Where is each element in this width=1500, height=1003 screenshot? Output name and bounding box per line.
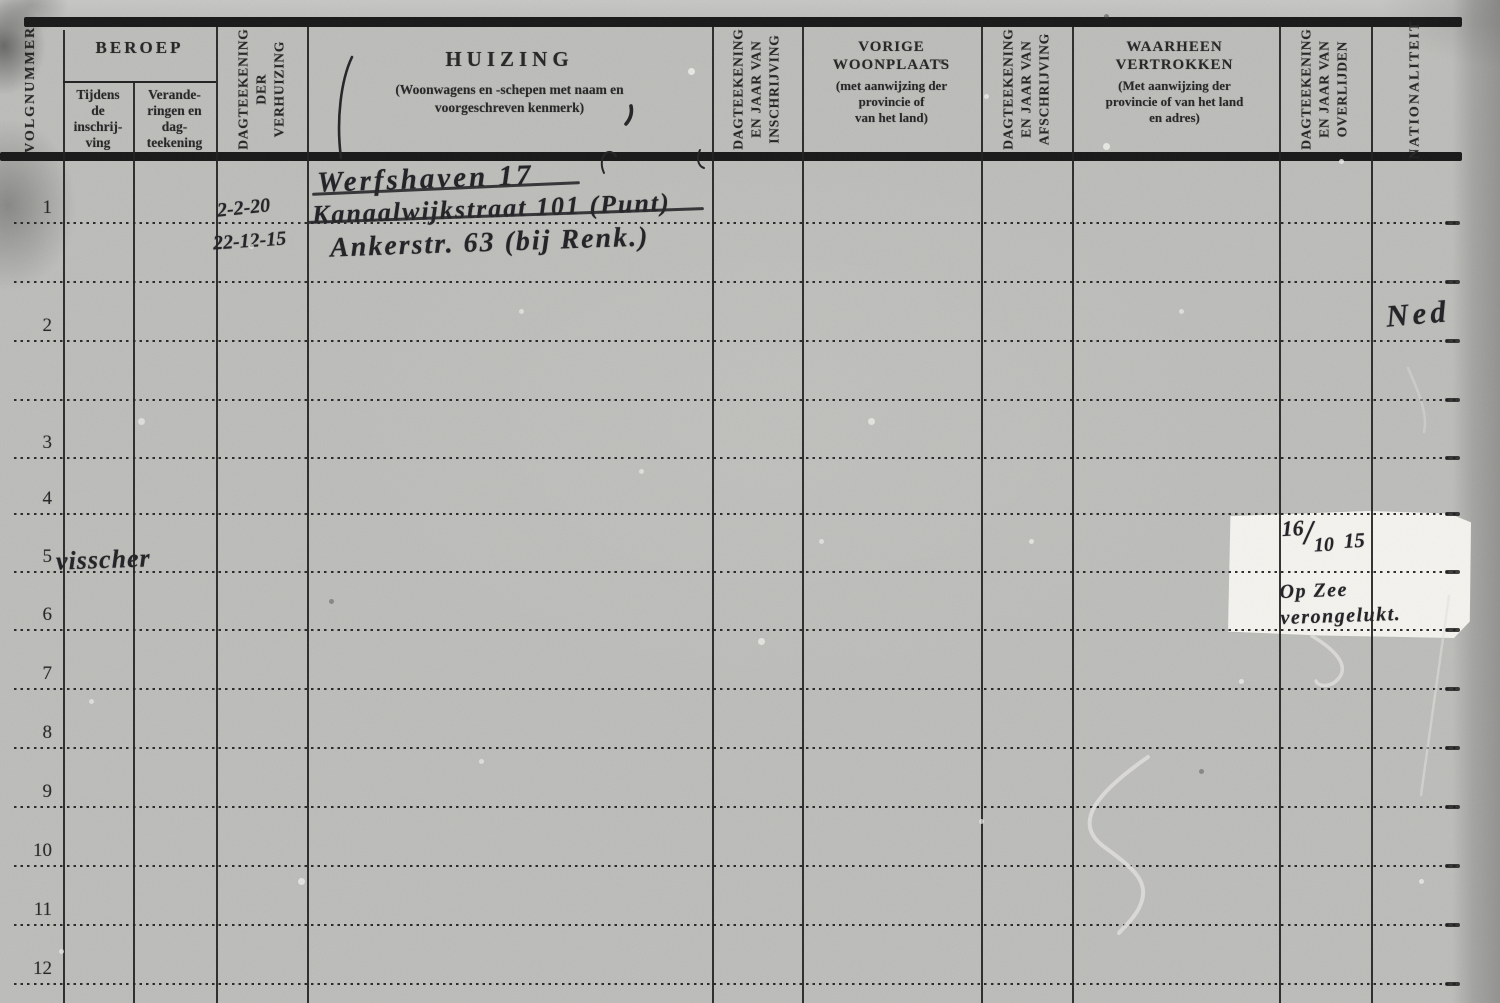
dagteekening-afschrijving-label: DAGTEEKENING EN JAAR VAN AFSCHRIJVING <box>999 29 1053 150</box>
column-header-waarheen-vertrokken: WAARHEEN VERTROKKEN <box>1072 38 1277 74</box>
nationaliteit-label: NATIONALITEIT <box>1406 20 1425 159</box>
overlijden-remark: Op Zee verongelukt. <box>1279 575 1402 631</box>
register-scan-page: VOLGNUMMER BEROEP Tijdens de inschrij- v… <box>0 0 1500 1003</box>
beroep-sub-header-tijdens: Tijdens de inschrij- ving <box>63 87 133 151</box>
dagteekening-inschrijving-label: DAGTEEKENING EN JAAR VAN INSCHRIJVING <box>730 29 784 150</box>
row-line <box>14 688 1458 690</box>
row-line <box>14 983 1458 985</box>
row-line <box>14 399 1458 401</box>
column-header-dagteekening-afschrijving: DAGTEEKENING EN JAAR VAN AFSCHRIJVING <box>981 27 1072 152</box>
overlijden-date: 16/1015 <box>1281 512 1366 559</box>
row-number-5: 5 <box>18 546 52 568</box>
row-number-4: 4 <box>18 488 52 510</box>
row-line <box>14 924 1458 926</box>
column-header-nationaliteit: NATIONALITEIT <box>1371 27 1460 152</box>
row-line <box>14 629 1458 631</box>
column-header-dagteekening-inschrijving: DAGTEEKENING EN JAAR VAN INSCHRIJVING <box>712 27 802 152</box>
column-header-dagteekening-verhuizing: DAGTEEKENING DER VERHUIZING <box>216 27 307 152</box>
verhuizing-date-2: 22-12-15 <box>212 227 287 255</box>
verhuizing-date-1: 2-2-20 <box>216 194 271 222</box>
column-header-vorige-woonplaats: VORIGE WOONPLAATS <box>802 38 981 74</box>
dagteekening-overlijden-label: DAGTEEKENING EN JAAR VAN OVERLIJDEN <box>1298 29 1352 150</box>
row-line <box>14 571 1458 573</box>
white-scratches <box>1090 368 1449 933</box>
row-number-3: 3 <box>18 432 52 454</box>
row-number-7: 7 <box>18 663 52 685</box>
overlijden-date-month: 10 <box>1313 533 1334 556</box>
column-header-volgnummer: VOLGNUMMER <box>0 27 63 152</box>
table-top-rule <box>24 17 1462 27</box>
row-line <box>14 513 1458 515</box>
column-header-beroep: BEROEP <box>63 38 216 58</box>
nationaliteit-entry-row2: Ned <box>1385 293 1452 334</box>
dark-specks <box>0 0 3 3</box>
column-header-dagteekening-overlijden: DAGTEEKENING EN JAAR VAN OVERLIJDEN <box>1279 27 1371 152</box>
row-line <box>14 281 1458 283</box>
row-line <box>14 457 1458 459</box>
row-number-8: 8 <box>18 722 52 744</box>
beroep-underline <box>63 81 216 83</box>
header-bottom-rule <box>0 152 1462 161</box>
huizing-subtitle: (Woonwagens en -schepen met naam en voor… <box>307 81 712 116</box>
row-number-2: 2 <box>18 315 52 337</box>
row-line <box>14 806 1458 808</box>
dust-specks <box>0 0 3 3</box>
column-header-huizing: HUIZING <box>307 47 712 72</box>
row-line <box>14 747 1458 749</box>
row-number-10: 10 <box>18 840 52 862</box>
row-number-9: 9 <box>18 781 52 803</box>
row-number-6: 6 <box>18 604 52 626</box>
row-line <box>14 865 1458 867</box>
vorige-woonplaats-subtitle: (met aanwijzing der provincie of van het… <box>802 78 981 126</box>
column-line-volgnummer <box>63 30 65 1003</box>
waarheen-vertrokken-subtitle: (Met aanwijzing der provincie of van het… <box>1072 78 1277 126</box>
beroep-entry-row5: visscher <box>56 543 152 576</box>
row-number-11: 11 <box>18 899 52 921</box>
row-line <box>14 222 1458 224</box>
beroep-sub-header-veranderingen: Verande- ringen en dag- teekening <box>133 87 216 151</box>
row-number-12: 12 <box>18 958 52 980</box>
overlijden-date-year: 15 <box>1343 528 1365 553</box>
row-line <box>14 340 1458 342</box>
overlijden-date-day: 16 <box>1281 515 1304 541</box>
volgnummer-label: VOLGNUMMER <box>22 26 41 153</box>
row-number-1: 1 <box>18 197 52 219</box>
dagteekening-verhuizing-label: DAGTEEKENING DER VERHUIZING <box>234 29 288 150</box>
